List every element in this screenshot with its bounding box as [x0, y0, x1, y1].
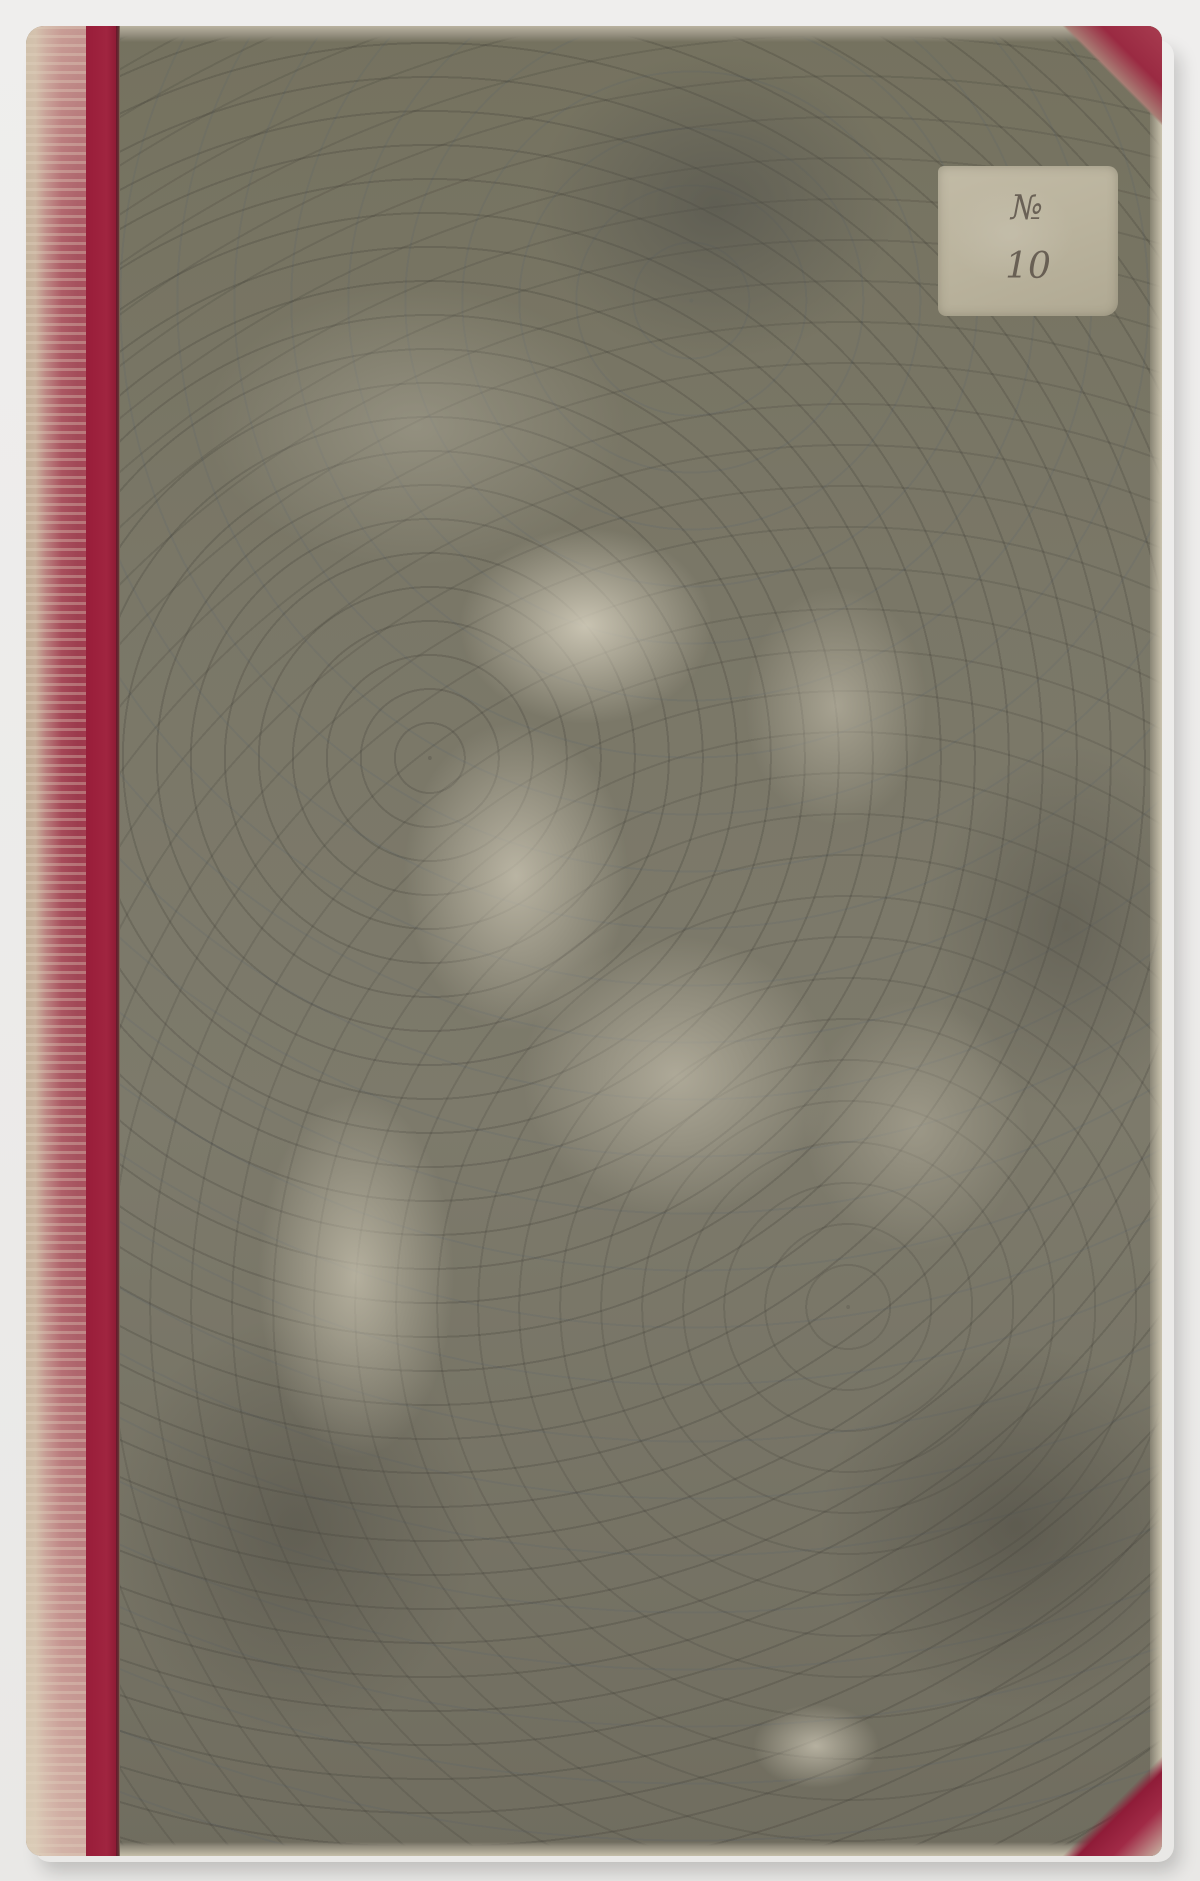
spine-wear	[26, 26, 86, 1856]
leather-corner-top-right	[1062, 26, 1162, 126]
board-right-edge	[1150, 26, 1162, 1856]
paper-label: № 10	[938, 166, 1118, 316]
label-number: 10	[938, 246, 1118, 287]
board-top-edge	[116, 26, 1132, 42]
book-cover: № 10	[26, 26, 1162, 1856]
leather-corner-bottom-right	[1062, 1756, 1162, 1856]
spine-seam	[116, 26, 119, 1856]
label-number-sign: №	[938, 188, 1118, 228]
photo-stage: № 10	[0, 0, 1200, 1881]
board-bottom-edge	[116, 1842, 1132, 1856]
